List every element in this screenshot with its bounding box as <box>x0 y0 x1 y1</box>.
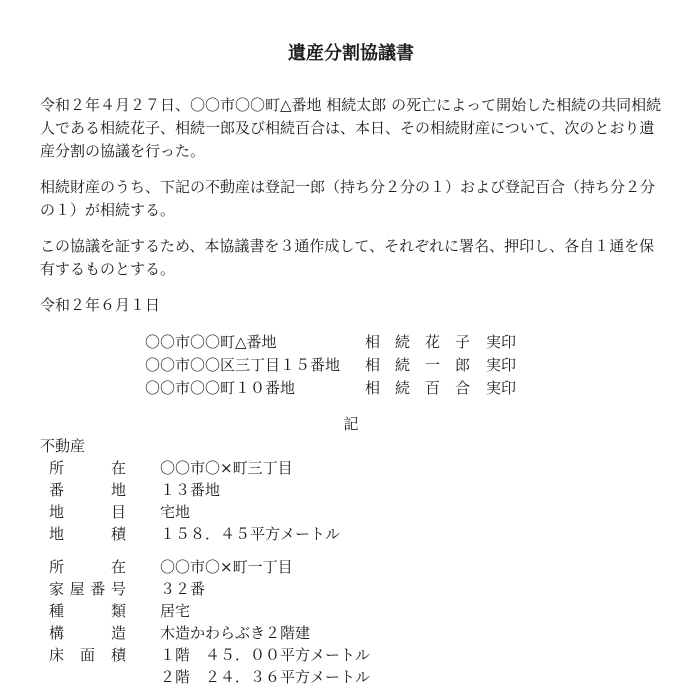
property-row-label: 地積 <box>49 523 126 545</box>
property-row: 所在 〇〇市〇×町三丁目 <box>40 457 662 479</box>
paragraph-allocation: 相続財産のうち、下記の不動産は登記一郎（持ち分２分の１）および登記百合（持ち分２… <box>40 176 662 222</box>
property-row-label: 地目 <box>49 501 126 523</box>
signature-row: 〇〇市〇〇区三丁目１５番地 相 続 一 郎 実印 <box>145 354 662 377</box>
property-row-value: 居宅 <box>160 600 190 622</box>
property-row-label: 家屋番号 <box>49 578 126 600</box>
property-row-value: １３番地 <box>160 479 220 501</box>
property-row-value: 木造かわらぶき２階建 <box>160 622 310 644</box>
signature-address: 〇〇市〇〇町１０番地 <box>145 377 365 400</box>
property-row-label: 所在 <box>49 556 126 578</box>
date-line: 令和２年６月１日 <box>40 294 662 317</box>
property-row: 所在 〇〇市〇×町一丁目 <box>40 556 662 578</box>
property-row: 地目 宅地 <box>40 501 662 523</box>
signature-address: 〇〇市〇〇町△番地 <box>145 331 365 354</box>
signature-name: 相 続 花 子 <box>365 331 470 354</box>
paragraph-closing: この協議を証するため、本協議書を３通作成して、それぞれに署名、押印し、各自１通を… <box>40 235 662 281</box>
property-row: 種類 居宅 <box>40 600 662 622</box>
signature-seal-label: 実印 <box>486 354 516 377</box>
property-row-label: 種類 <box>49 600 126 622</box>
floor-area-line-2: ２階 ２４．３６平方メートル <box>160 666 370 688</box>
property-block-building: 所在 〇〇市〇×町一丁目 家屋番号 ３２番 種類 居宅 構造 木造かわらぶき２階… <box>40 556 662 688</box>
signature-name: 相 続 一 郎 <box>365 354 470 377</box>
property-row-value: １階 ４５．００平方メートル ２階 ２４．３６平方メートル <box>160 644 370 688</box>
floor-area-line-1: １階 ４５．００平方メートル <box>160 644 370 666</box>
document-title: 遺産分割協議書 <box>40 44 662 64</box>
property-row-value: 〇〇市〇×町一丁目 <box>160 556 293 578</box>
property-row-value: 宅地 <box>160 501 190 523</box>
property-row: 構造 木造かわらぶき２階建 <box>40 622 662 644</box>
property-row-label: 所在 <box>49 457 126 479</box>
property-row-value: １５８．４５平方メートル <box>160 523 340 545</box>
property-row: 番地 １３番地 <box>40 479 662 501</box>
property-row-value: ３２番 <box>160 578 205 600</box>
property-row-label: 構造 <box>49 622 126 644</box>
signature-name: 相 続 百 合 <box>365 377 470 400</box>
paragraph-opening: 令和２年４月２７日、〇〇市〇〇町△番地 相続太郎 の死亡によって開始した相続の共… <box>40 94 662 163</box>
property-section-heading: 不動産 <box>40 435 662 457</box>
property-block-land: 所在 〇〇市〇×町三丁目 番地 １３番地 地目 宅地 地積 １５８．４５平方メー… <box>40 457 662 545</box>
addendum-marker: 記 <box>40 413 662 435</box>
property-row: 地積 １５８．４５平方メートル <box>40 523 662 545</box>
signature-seal-label: 実印 <box>486 377 516 400</box>
property-row-label: 番地 <box>49 479 126 501</box>
signature-row: 〇〇市〇〇町１０番地 相 続 百 合 実印 <box>145 377 662 400</box>
signature-seal-label: 実印 <box>486 331 516 354</box>
property-row-value: 〇〇市〇×町三丁目 <box>160 457 293 479</box>
signature-block: 〇〇市〇〇町△番地 相 続 花 子 実印 〇〇市〇〇区三丁目１５番地 相 続 一… <box>145 331 662 400</box>
signature-address: 〇〇市〇〇区三丁目１５番地 <box>145 354 365 377</box>
property-row-label: 床面積 <box>49 644 126 688</box>
signature-row: 〇〇市〇〇町△番地 相 続 花 子 実印 <box>145 331 662 354</box>
property-row: 家屋番号 ３２番 <box>40 578 662 600</box>
property-row: 床面積 １階 ４５．００平方メートル ２階 ２４．３６平方メートル <box>40 644 662 688</box>
document-page: 遺産分割協議書 令和２年４月２７日、〇〇市〇〇町△番地 相続太郎 の死亡によって… <box>0 0 700 700</box>
